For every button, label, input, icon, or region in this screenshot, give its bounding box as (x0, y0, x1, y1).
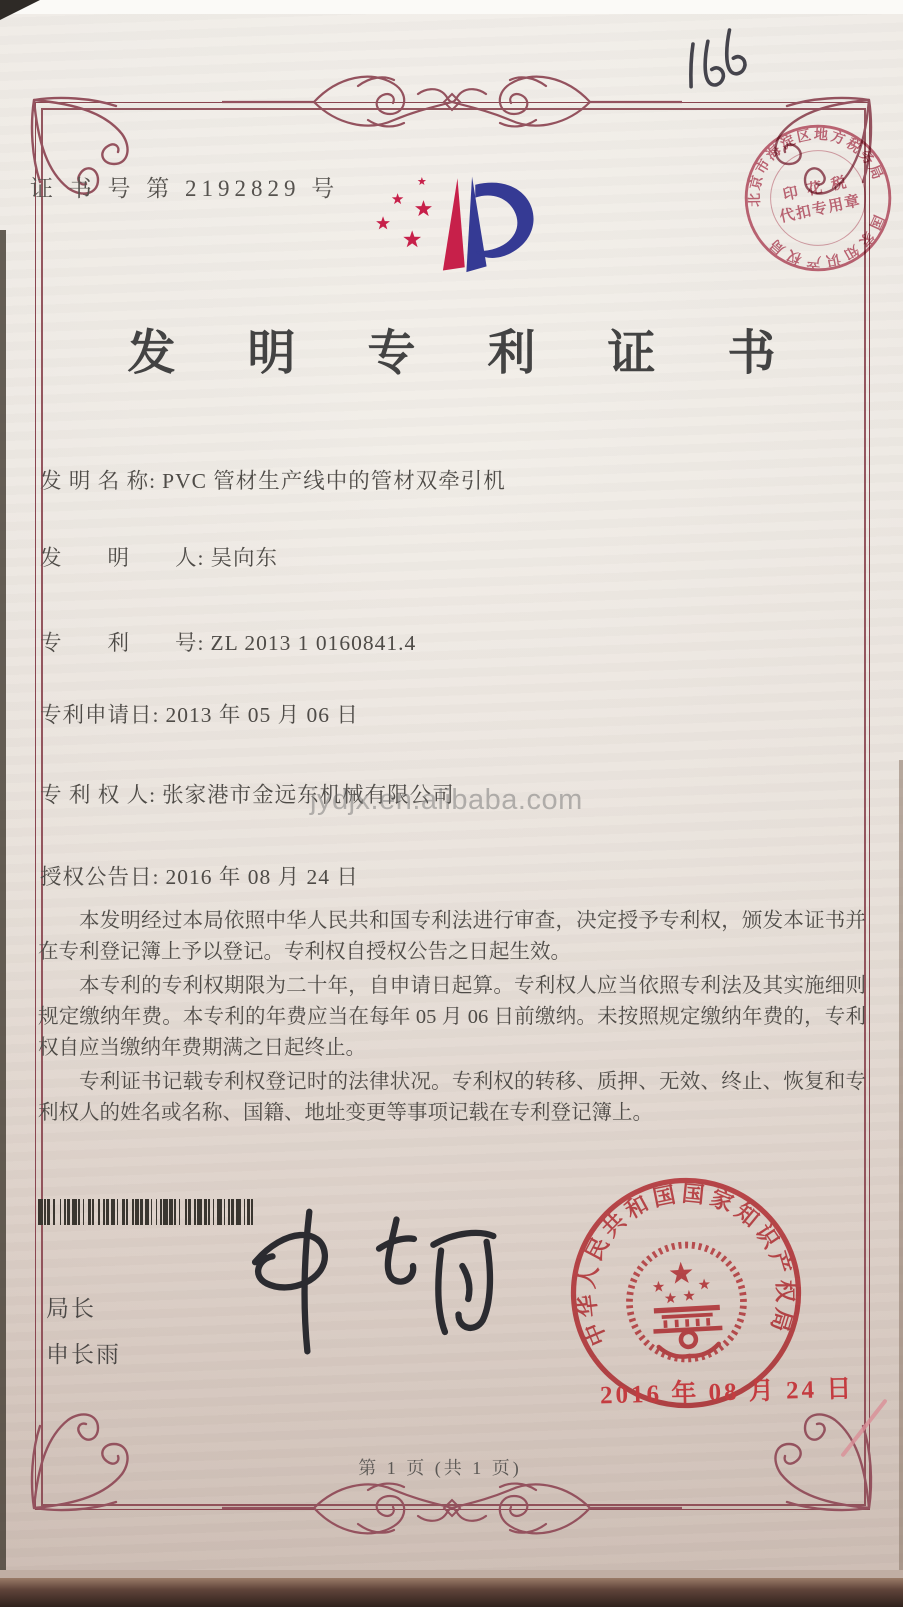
top-border-dragon-motif-icon (222, 62, 682, 142)
stamp-tax-seal: 北京市海淀区地方税务局 国家知识产权局 印 花 税 代扣专用章 (724, 104, 903, 291)
photo-table-edge (0, 1578, 903, 1607)
svg-text:中华人民共和国国家知识产权局: 中华人民共和国国家知识产权局 (568, 1175, 801, 1350)
field-label: 专 利 权 人: (40, 783, 156, 807)
field-label: 发 明 名 称: (40, 469, 156, 493)
watermark-text: jydjx.en.alibaba.com (310, 784, 583, 817)
signer-name: 申长雨 (46, 1336, 121, 1369)
page-footer: 第 1 页 (共 1 页) (0, 1454, 880, 1480)
field-label: 授权公告日: (40, 865, 159, 889)
legal-paragraph-3: 专利证书记载专利权登记时的法律状况。专利权的转移、质押、无效、终止、恢复和专利权… (38, 1067, 866, 1129)
field-filing-date: 专利申请日:2013 年 05 月 06 日 (40, 698, 359, 729)
field-label: 专利申请日: (40, 703, 159, 727)
field-value: 2013 年 05 月 06 日 (165, 703, 358, 727)
signer-title: 局长 (46, 1290, 96, 1323)
seal-date: 2016 年 08 月 24 日 (600, 1369, 855, 1412)
certificate-title: 发 明 专 利 证 书 (0, 314, 903, 383)
field-invention-title: 发 明 名 称:PVC 管材生产线中的管材双牵引机 (40, 464, 506, 495)
field-value: 2016 年 08 月 24 日 (165, 865, 358, 889)
national-emblem-icon (627, 1242, 747, 1362)
field-label: 发 明 人: (40, 546, 204, 570)
field-grant-date: 授权公告日:2016 年 08 月 24 日 (40, 860, 359, 891)
bottom-border-dragon-motif-icon (222, 1468, 682, 1548)
field-label: 专 利 号: (40, 631, 204, 655)
legal-paragraph-1: 本发明经过本局依照中华人民共和国专利法进行审查，决定授予专利权，颁发本证书并在专… (38, 906, 866, 968)
legal-paragraph-2: 本专利的专利权期限为二十年，自申请日起算。专利权人应当依照专利法及其实施细则规定… (38, 971, 866, 1064)
field-value: ZL 2013 1 0160841.4 (210, 631, 416, 655)
field-patent-number: 专 利 号:ZL 2013 1 0160841.4 (40, 626, 416, 657)
seal-arc-text: 中华人民共和国国家知识产权局 (568, 1175, 801, 1350)
field-inventor: 发 明 人:吴向东 (40, 541, 278, 572)
field-value: 吴向东 (210, 546, 278, 570)
field-value: PVC 管材生产线中的管材双牵引机 (162, 469, 506, 493)
certificate-number: 证 书 号 第 2192829 号 (30, 170, 339, 203)
legal-text: 本发明经过本局依照中华人民共和国专利法进行审查，决定授予专利权，颁发本证书并在专… (38, 906, 866, 1132)
sipo-logo-icon (362, 163, 540, 297)
handwritten-note-166 (672, 28, 758, 92)
director-signature (195, 1206, 505, 1361)
